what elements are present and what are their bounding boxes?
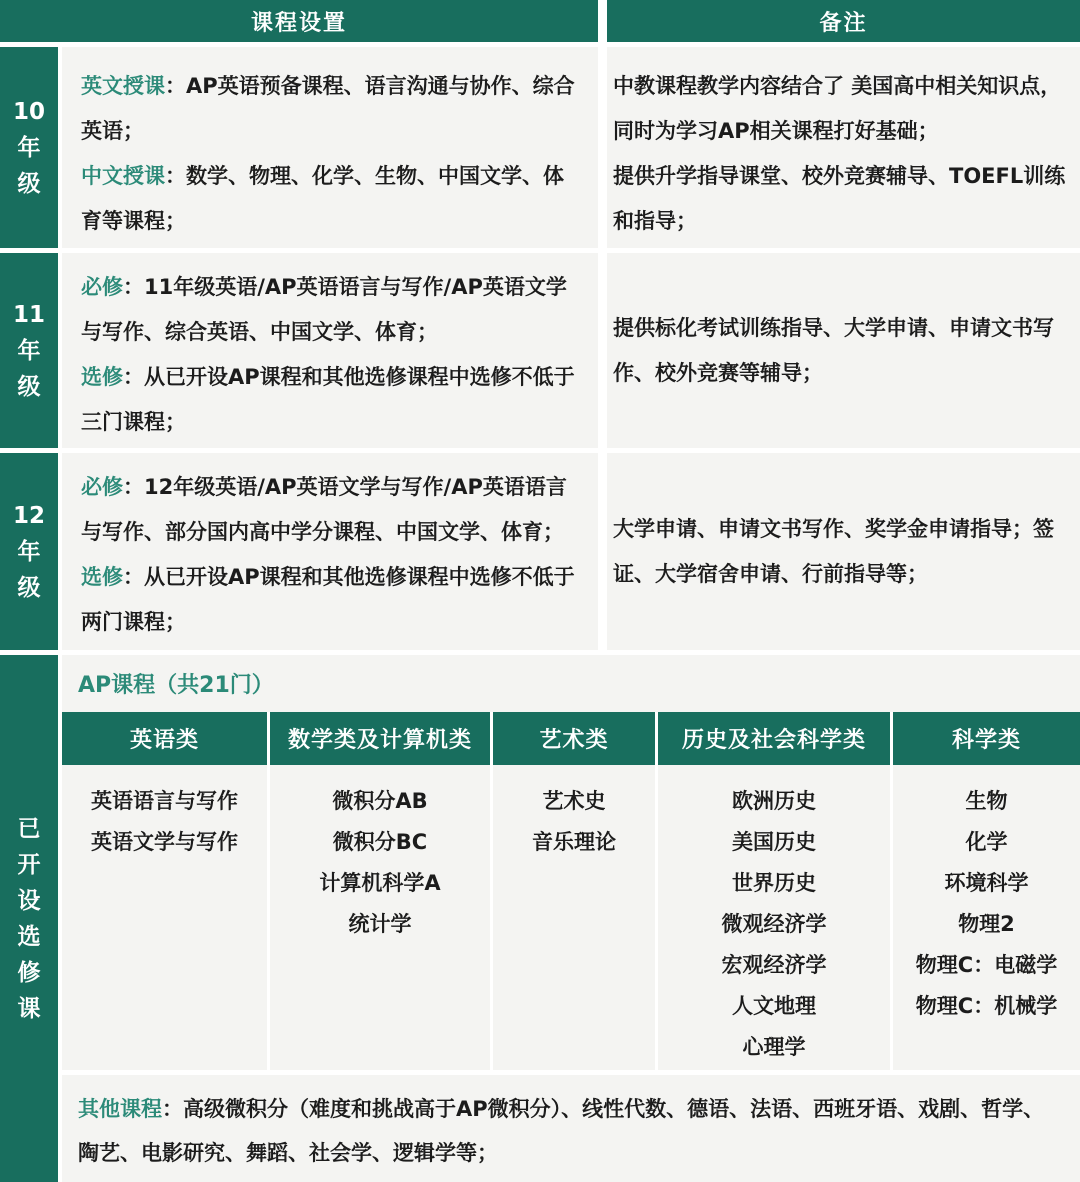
colon: ： [165, 164, 186, 188]
grade-10-label: 10 年 级 [13, 94, 45, 202]
header-notes-label: 备注 [819, 6, 867, 37]
ap-category-column-math-cs: 微积分AB微积分BC计算机科学A统计学 [270, 765, 490, 1070]
colon: ： [123, 365, 144, 389]
course-paragraph: 中文授课：数学、物理、化学、生物、中国文学、体育等课程； [81, 154, 584, 244]
course-item: 心理学 [743, 1027, 806, 1068]
ap-category-header-english: 英语类 [62, 712, 267, 765]
other-courses-label: 其他课程 [78, 1097, 162, 1121]
course-item: 环境科学 [945, 863, 1029, 904]
colon: ： [165, 74, 186, 98]
ap-courses-title: AP课程（共21门） [78, 668, 274, 699]
notes-cell-grade-11: 提供标化考试训练指导、大学申请、申请文书写作、校外竞赛等辅导； [607, 253, 1080, 448]
ap-category-header-arts: 艺术类 [493, 712, 655, 765]
course-item: 音乐理论 [532, 822, 616, 863]
ap-category-column-english: 英语语言与写作英语文学与写作 [62, 765, 267, 1070]
electives-label: 已 开 设 选 修 课 [18, 811, 41, 1027]
header-course-settings-label: 课程设置 [251, 6, 347, 37]
course-text: 从已开设AP课程和其他选修课程中选修不低于两门课程； [81, 565, 575, 634]
notes-paragraph: 大学申请、申请文书写作、奖学金申请指导；签证、大学宿舍申请、行前指导等； [613, 507, 1070, 597]
sidebar-grade-10: 10 年 级 [0, 47, 58, 248]
course-item: 宏观经济学 [722, 945, 827, 986]
notes-paragraph: 提供标化考试训练指导、大学申请、申请文书写作、校外竞赛等辅导； [613, 306, 1070, 396]
course-item: 英语语言与写作 [91, 781, 238, 822]
notes-paragraph: 中教课程教学内容结合了 美国高中相关知识点，同时为学习AP相关课程打好基础； [613, 64, 1070, 154]
courses-cell-grade-11: 必修：11年级英语/AP英语语言与写作/AP英语文学与写作、综合英语、中国文学、… [62, 253, 598, 448]
colon: ： [123, 565, 144, 589]
colon: ： [123, 275, 144, 299]
category-name: 英语类 [130, 723, 199, 754]
colon: ： [123, 475, 144, 499]
course-paragraph: 选修：从已开设AP课程和其他选修课程中选修不低于三门课程； [81, 355, 584, 445]
course-lead-label: 英文授课 [81, 74, 165, 98]
ap-category-column-science: 生物化学环境科学物理2物理C：电磁学物理C：机械学 [893, 765, 1080, 1070]
course-text: 12年级英语/AP英语文学与写作/AP英语语言与写作、部分国内高中学分课程、中国… [81, 475, 567, 544]
course-item: 物理2 [958, 904, 1015, 945]
sidebar-grade-12: 12 年 级 [0, 453, 58, 650]
category-name: 历史及社会科学类 [682, 723, 866, 754]
header-notes: 备注 [607, 0, 1080, 42]
ap-category-column-history-social: 欧洲历史美国历史世界历史微观经济学宏观经济学人文地理心理学 [658, 765, 890, 1070]
course-item: 化学 [966, 822, 1008, 863]
notes-cell-grade-10: 中教课程教学内容结合了 美国高中相关知识点，同时为学习AP相关课程打好基础； 提… [607, 47, 1080, 248]
course-item: 生物 [966, 781, 1008, 822]
grade-12-label: 12 年 级 [13, 498, 45, 606]
course-lead-label: 必修 [81, 475, 123, 499]
electives-panel: AP课程（共21门） 英语类 数学类及计算机类 艺术类 历史及社会科学类 科学类… [62, 655, 1080, 1182]
course-item: 美国历史 [732, 822, 816, 863]
course-item: 人文地理 [732, 986, 816, 1027]
other-courses-text: 高级微积分（难度和挑战高于AP微积分）、线性代数、德语、法语、西班牙语、戏剧、哲… [78, 1097, 1044, 1165]
course-lead-label: 选修 [81, 565, 123, 589]
category-name: 艺术类 [539, 723, 608, 754]
curriculum-table: 课程设置 备注 10 年 级 英文授课：AP英语预备课程、语言沟通与协作、综合英… [0, 0, 1080, 1182]
sidebar-grade-11: 11 年 级 [0, 253, 58, 448]
course-paragraph: 选修：从已开设AP课程和其他选修课程中选修不低于两门课程； [81, 555, 584, 645]
course-paragraph: 必修：12年级英语/AP英语文学与写作/AP英语语言与写作、部分国内高中学分课程… [81, 465, 584, 555]
course-item: 物理C：机械学 [916, 986, 1057, 1027]
course-paragraph: 英文授课：AP英语预备课程、语言沟通与协作、综合英语； [81, 64, 584, 154]
course-item: 微积分BC [333, 822, 427, 863]
other-courses-paragraph: 其他课程：高级微积分（难度和挑战高于AP微积分）、线性代数、德语、法语、西班牙语… [62, 1075, 1080, 1182]
colon: ： [162, 1097, 183, 1121]
course-item: 世界历史 [732, 863, 816, 904]
course-lead-label: 必修 [81, 275, 123, 299]
course-item: 物理C：电磁学 [916, 945, 1057, 986]
course-item: 计算机科学A [319, 863, 440, 904]
category-name: 数学类及计算机类 [288, 723, 472, 754]
header-course-settings: 课程设置 [0, 0, 598, 42]
ap-title-area: AP课程（共21门） [62, 655, 1080, 712]
grade-11-label: 11 年 级 [13, 297, 45, 405]
course-item: 欧洲历史 [732, 781, 816, 822]
ap-category-header-science: 科学类 [893, 712, 1080, 765]
notes-cell-grade-12: 大学申请、申请文书写作、奖学金申请指导；签证、大学宿舍申请、行前指导等； [607, 453, 1080, 650]
course-paragraph: 必修：11年级英语/AP英语语言与写作/AP英语文学与写作、综合英语、中国文学、… [81, 265, 584, 355]
ap-category-header-math-cs: 数学类及计算机类 [270, 712, 490, 765]
course-text: 11年级英语/AP英语语言与写作/AP英语文学与写作、综合英语、中国文学、体育； [81, 275, 567, 344]
sidebar-electives: 已 开 设 选 修 课 [0, 655, 58, 1182]
course-item: 微观经济学 [722, 904, 827, 945]
ap-category-column-arts: 艺术史音乐理论 [493, 765, 655, 1070]
courses-cell-grade-10: 英文授课：AP英语预备课程、语言沟通与协作、综合英语； 中文授课：数学、物理、化… [62, 47, 598, 248]
course-item: 统计学 [349, 904, 412, 945]
ap-category-header-history-social: 历史及社会科学类 [658, 712, 890, 765]
course-item: 微积分AB [332, 781, 427, 822]
courses-cell-grade-12: 必修：12年级英语/AP英语文学与写作/AP英语语言与写作、部分国内高中学分课程… [62, 453, 598, 650]
notes-paragraph: 提供升学指导课堂、校外竞赛辅导、TOEFL训练和指导； [613, 154, 1070, 244]
course-item: 艺术史 [543, 781, 606, 822]
category-name: 科学类 [952, 723, 1021, 754]
course-item: 英语文学与写作 [91, 822, 238, 863]
course-text: 从已开设AP课程和其他选修课程中选修不低于三门课程； [81, 365, 575, 434]
course-lead-label: 中文授课 [81, 164, 165, 188]
course-lead-label: 选修 [81, 365, 123, 389]
